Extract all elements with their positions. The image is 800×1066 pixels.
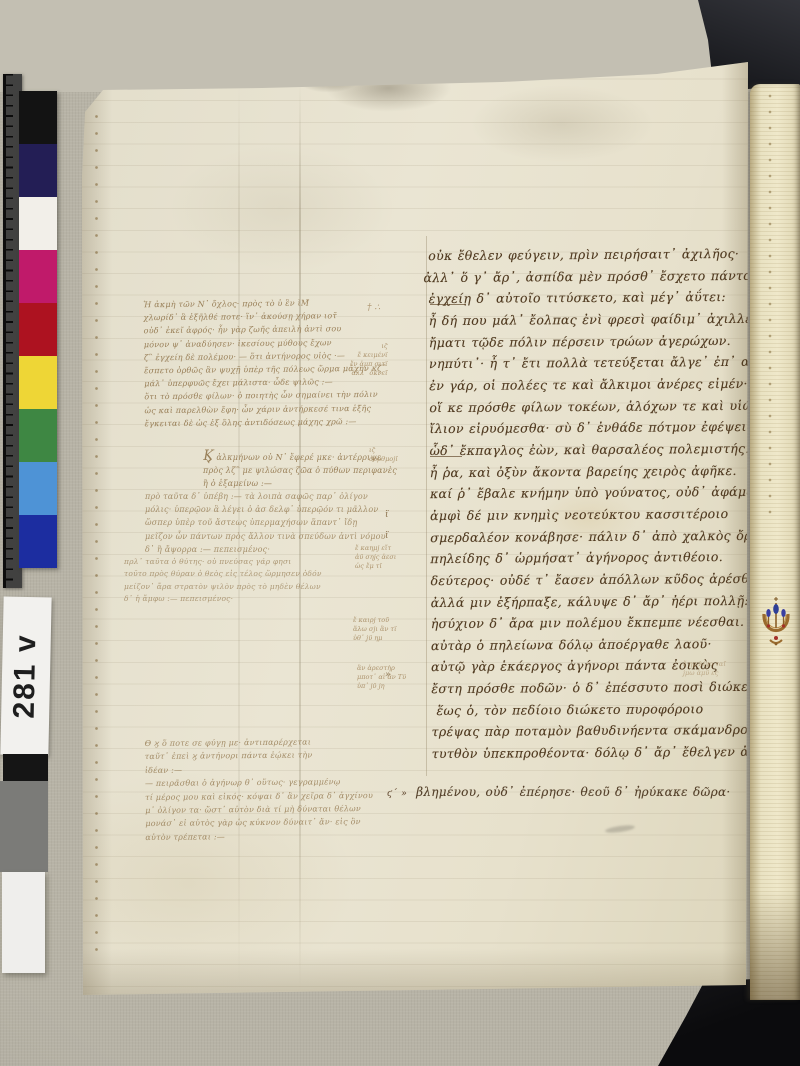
text-line: ἴλιον εἰρυόμεσθα· σὺ δ᾽ ἐνθάδε πότμον ἐφ…: [429, 416, 741, 440]
scholia-line: αὐτὸν τρέπεται :—: [145, 829, 373, 844]
gutter-cross-mark: † ∴: [367, 304, 380, 313]
ink-smudge: [605, 824, 636, 834]
text-line: ἐν γάρ, οἱ πολέες τε καὶ ἄλκιμοι ἀνέρες …: [429, 373, 741, 397]
text-line: σμερδαλέον κονάβησε· πάλιν δ᾽ ἀπὸ χαλκὸς…: [430, 524, 742, 548]
text-margin-rule: [426, 236, 427, 776]
scholia-line: Ϗ ἀλκμήνων οὐ Ν᾽ ἔφερέ μκε· ἀντέρριψε: [203, 450, 397, 464]
gloss-line: ἔ καημϳ εἴτ: [355, 544, 396, 553]
folio-label: 281 v: [0, 597, 51, 756]
color-swatch: [19, 462, 57, 515]
gloss-line: ἔ καιρϳ τοῦ: [353, 616, 397, 625]
manuscript-page: οὐκ ἔθελεν φεύγειν, πρὶν πειρήσαιτ᾽ ἀχιλ…: [82, 58, 748, 996]
main-text-block: οὐκ ἔθελεν φεύγειν, πρὶν πειρήσαιτ᾽ ἀχιλ…: [428, 243, 744, 765]
color-swatch: [19, 356, 57, 409]
text-line: ἤματι τῷδε πόλιν πέρσειν τρώων ἀγερώχων.: [429, 330, 741, 354]
text-line: ἕως ὁ, τὸν πεδίοιο διώκετο πυροφόροιο: [436, 698, 743, 722]
scholia-block-c: πρὸ ταῦτα δ᾽ ὑπέβη :— τὰ λοιπὰ σαφῶς παρ…: [145, 490, 386, 556]
color-swatch: [19, 250, 57, 303]
text-line: αὐτὰρ ὁ πηλείωνα δόλῳ ἀποέργαθε λαοῦ·: [431, 633, 743, 657]
fore-edge-sewing-dots: [768, 94, 772, 514]
scholia-line: μείζον᾽ ἄρα στρατὸν ψιλὸν πρὸς τὸ μηδὲν …: [124, 581, 322, 593]
book-fore-edge: [750, 84, 800, 1000]
scholia-block-d: πρλ᾽ ταῦτα ὁ θύτης· οὐ πνεύσας γάρ φησιτ…: [124, 556, 322, 605]
gloss-line: ἔ ημ λίγο ταῖ: [683, 660, 726, 669]
gloss-line: ἔν ἀμπ σιτϊ: [350, 360, 388, 369]
text-line: ἀμφὶ δέ μιν κνημὶς νεοτεύκτου κασσιτέροι…: [430, 503, 742, 527]
gloss-line: ὑπ᾽ ϳϋ ϳη: [357, 682, 406, 691]
color-calibration-bar: [19, 91, 57, 568]
scholia-line: δ᾽ ἡ ἄμφω :— πεπεισμένος·: [124, 593, 322, 605]
pricking-holes: [94, 114, 99, 958]
gloss-line: ϳμω ἀμϋ ες: [683, 669, 726, 678]
addendum-text: βλημένου, οὐδ᾽ ἐπέρησε· θεοῦ δ᾽ ἠρύκακε …: [416, 785, 730, 799]
gloss-line: ἅλω σϳι ἂν τϊ: [353, 625, 397, 634]
text-line: ἦ ῥα, καὶ ὀξὺν ἄκοντα βαρείης χειρὸς ἀφῆ…: [430, 459, 742, 483]
addendum-line: ϛ´ »βλημένου, οὐδ᾽ ἐπέρησε· θεοῦ δ᾽ ἠρύκ…: [387, 785, 731, 799]
gloss-line: ιϛ̄: [369, 446, 398, 455]
marginal-sign: ϊ: [385, 510, 389, 520]
scholia-block-e: Θ ϗ ὅ ποτε σε φύγῃ με· ἀντιπαρέρχεταιταῦ…: [145, 735, 374, 844]
text-line: τυτθὸν ὑπεκπροθέοντα· δόλῳ δ᾽ ἄρ᾽ ἔθελγε…: [432, 741, 744, 765]
gloss-line: ὡς ἔμ τϊ: [355, 562, 396, 571]
text-line: νηπύτι᾽· ἦ τ᾽ ἔτι πολλὰ τετεύξεται ἄλγε᾽…: [429, 351, 741, 375]
scribal-underline: [430, 304, 466, 305]
scholia-line: πρὸς λζ῝ με ψιλώσας ζῶα ὁ πύθων περιφανὲ…: [203, 464, 397, 477]
calibration-patch: [0, 781, 48, 872]
scholia-line: τοῦτο πρὸς θύραν ὁ θεὸς εἰς τέλος ὥρμησε…: [124, 568, 322, 580]
text-line: οὐκ ἔθελεν φεύγειν, πρὶν πειρήσαιτ᾽ ἀχιλ…: [428, 243, 740, 267]
text-line: ἔστη πρόσθε ποδῶν· ὁ δ᾽ ἐπέσσυτο ποσὶ δι…: [431, 676, 743, 700]
fore-edge-penwork-ornament-icon: [756, 596, 796, 652]
gloss-line: ὑθ᾽ ϳϋ ημ: [353, 634, 397, 643]
scholia-block-b: Ϗ ἀλκμήνων οὐ Ν᾽ ἔφερέ μκε· ἀντέρριψεπρὸ…: [203, 450, 397, 491]
scribal-underline: [430, 456, 462, 457]
text-line: τρέψας πὰρ ποταμὸν βαθυδινήεντα σκάμανδρ…: [432, 719, 744, 743]
manuscript-photo: οὐκ ἔθελεν φεύγειν, πρὶν πειρήσαιτ᾽ ἀχιλ…: [0, 0, 800, 1066]
text-line: ἐγχείῃ δ᾽ αὐτοῖο τιτύσκετο, καὶ μέγ᾽ ἀΰτ…: [428, 286, 740, 310]
text-line: καί ῥ᾽ ἔβαλε κνήμην ὑπὸ γούνατος, οὐδ᾽ ἀ…: [430, 481, 742, 505]
text-line: δεύτερος· οὐδέ τ᾽ ἔασεν ἀπόλλων κῦδος ἀρ…: [430, 568, 742, 592]
scholia-line: ἢ ὁ ἑξαμείνω :—: [203, 477, 397, 490]
gutter-gloss: ἃν ἀρεστὴρμποτ᾽ αἱ ἂν Τϋὑπ᾽ ϳϋ ϳη: [357, 664, 406, 691]
gloss-line: μποτ᾽ αἱ ἂν Τϋ: [357, 673, 406, 682]
scholia-line: δ᾽ ἢ ἄψορρα :— πεπεισμένος·: [145, 543, 386, 556]
text-line: πηλείδης δ᾽ ὡρμήσατ᾽ ἀγήνορος ἀντιθέοιο.: [430, 546, 742, 570]
scholia-line: μεῖζον ὧν πάντων πρὸς ἄλλον τινὰ σπεύδων…: [145, 530, 386, 543]
color-swatch: [19, 409, 57, 462]
color-swatch: [19, 91, 57, 144]
scholia-line: ὥσπερ ὑπὲρ τοῦ ἄστεως ὑπερμαχήσων ἅπαντ᾽…: [145, 516, 386, 529]
calibration-patch: [2, 872, 45, 973]
gutter-gloss: ἔ καημϳ εἴτἀϋ σηϳς ἀεσιὡς ἔμ τϊ: [355, 544, 396, 571]
right-margin-gloss: ἔ ημ λίγο ταῖϳμω ἀμϋ ες: [683, 660, 726, 678]
text-line: οἵ κε πρόσθε φίλων τοκέων, ἀλόχων τε καὶ…: [429, 395, 741, 419]
scholia-line: μονάσ᾽ εἰ αὐτὸς γὰρ ὡς κύκνον δύναιτ᾽ ἄν…: [145, 815, 373, 830]
gloss-line: ἀλλ᾽ ὀκνεῖ: [350, 369, 388, 378]
scholia-line: πρλ᾽ ταῦτα ὁ θύτης· οὐ πνεύσας γάρ φησι: [124, 556, 322, 568]
gutter-gloss: ιϛ̄σορθμοϳϊ: [369, 446, 398, 464]
text-line: ἀλλά μιν ἐξήρπαξε, κάλυψε δ᾽ ἄρ᾽ ἠέρι πο…: [431, 589, 743, 613]
gloss-line: ἔ κειμένϊ: [350, 351, 388, 360]
gloss-line: ἃν ἀρεστὴρ: [357, 664, 406, 673]
folio-label-text: 281 v: [8, 633, 44, 719]
text-line: ὧδ᾽ ἔκπαγλος ἐὼν, καὶ θαρσαλέος πολεμιστ…: [430, 438, 742, 462]
marginal-sign: »: [385, 670, 391, 680]
gutter-gloss: ιϛ̄ἔ κειμένϊἔν ἀμπ σιτϊἀλλ᾽ ὀκνεῖ: [350, 342, 388, 378]
scholia-line: πρὸ ταῦτα δ᾽ ὑπέβη :— τὰ λοιπὰ σαφῶς παρ…: [145, 490, 386, 503]
text-line: ἦ δή που μάλ᾽ ἔολπας ἐνὶ φρεσὶ φαίδιμ᾽ ἀ…: [429, 308, 741, 332]
text-line: ἀλλ᾽ ὅ γ᾽ ἄρ᾽, ἀσπίδα μὲν πρόσθ᾽ ἔσχετο …: [423, 265, 740, 289]
scholia-line: μόλις· ὑπερῷον ἃ λέγει ὁ ἀσ δελφ᾽ ὑπερῷό…: [145, 503, 386, 516]
gutter-gloss: ἔ καιρϳ τοῦἅλω σϳι ἂν τϊὑθ᾽ ϳϋ ημ: [353, 616, 397, 643]
calibration-patch: [3, 754, 48, 781]
gloss-line: σορθμοϳϊ: [369, 455, 398, 464]
gloss-line: ιϛ̄: [350, 342, 388, 351]
scholia-line: ἔγκειται δὲ ὡς ἐξ ὅλης ἀντιδόσεως μάχης …: [145, 415, 387, 431]
color-swatch: [19, 303, 57, 356]
color-swatch: [19, 144, 57, 197]
color-swatch: [19, 515, 57, 568]
text-line: ἡσύχιον δ᾽ ἄρα μιν πολέμου ἔκπεμπε νέεσθ…: [431, 611, 743, 635]
marginal-sign: ϊ: [385, 531, 389, 541]
insertion-mark: ϛ´ »: [387, 789, 407, 799]
color-swatch: [19, 197, 57, 250]
gloss-line: ἀϋ σηϳς ἀεσι: [355, 553, 396, 562]
